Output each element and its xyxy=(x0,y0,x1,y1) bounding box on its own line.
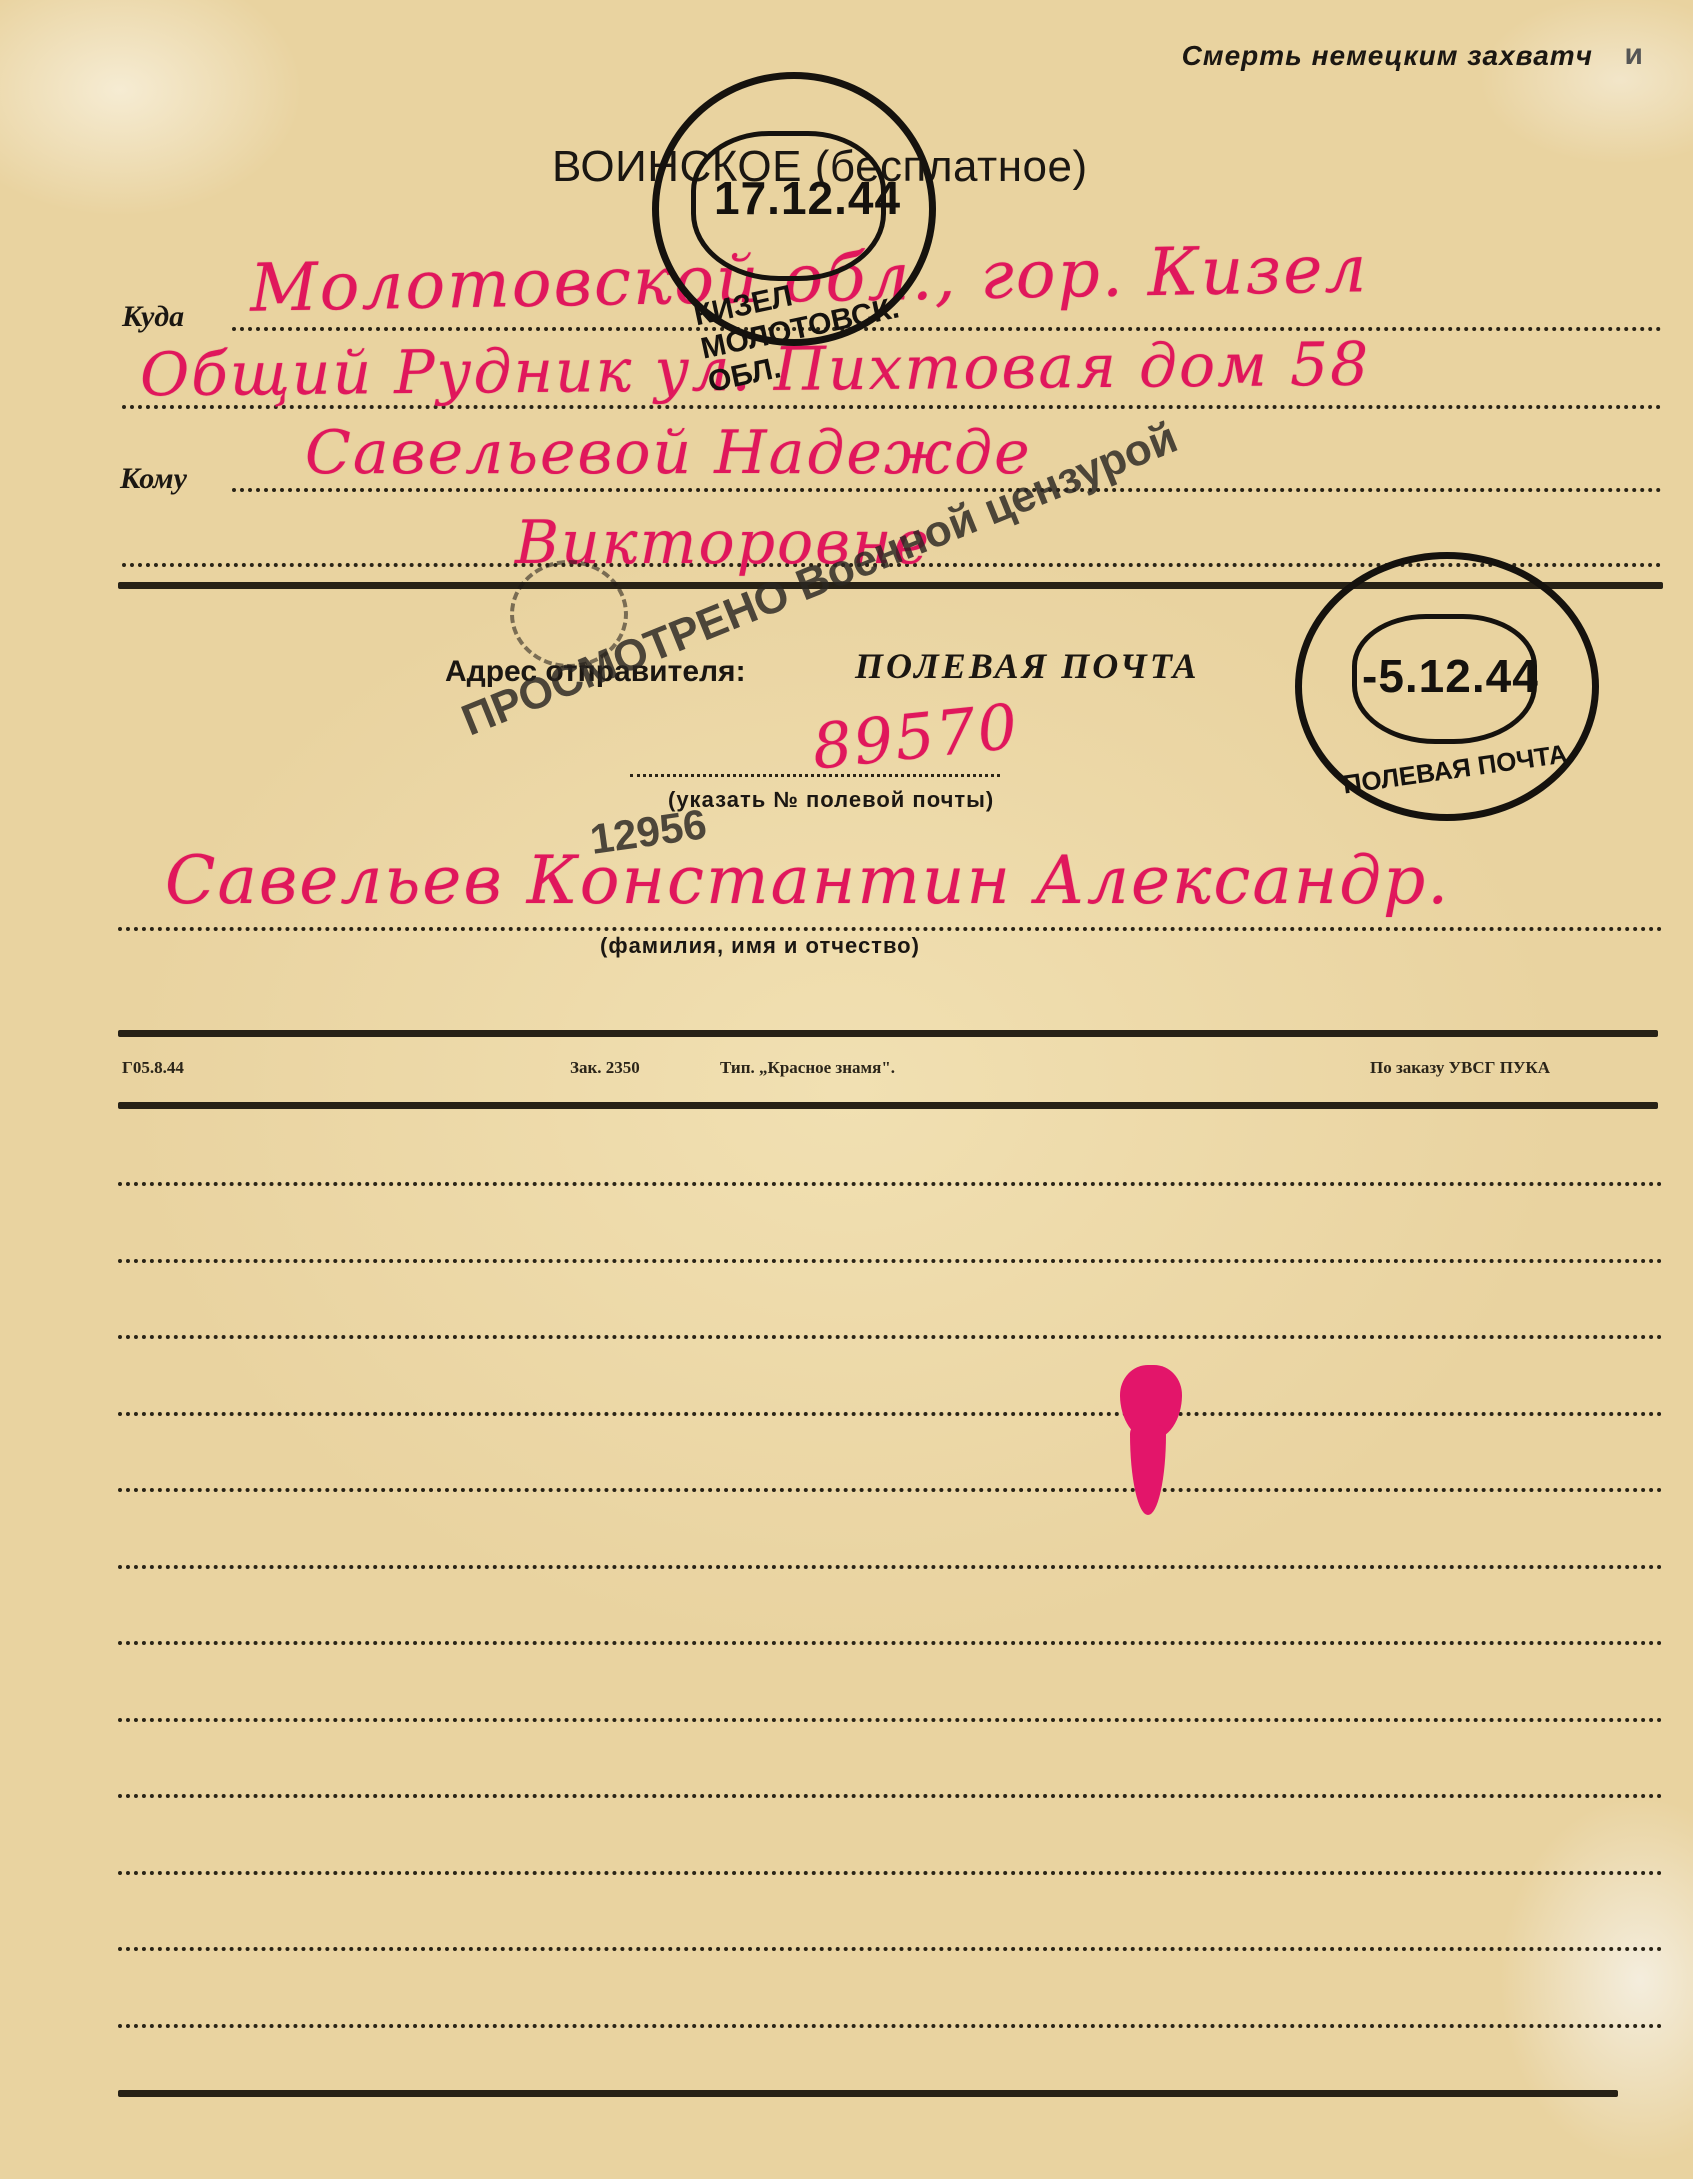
emblem-stamp xyxy=(510,560,628,668)
field-post-rule xyxy=(630,774,1000,777)
imprint-rule-bottom xyxy=(118,1102,1658,1109)
blank-line xyxy=(118,1182,1663,1186)
imprint-right: По заказу УВСГ ПУКА xyxy=(1370,1058,1550,1078)
blank-line xyxy=(118,1794,1663,1798)
imprint-rule-top xyxy=(118,1030,1658,1037)
blank-line xyxy=(118,1412,1663,1416)
slogan-tail: и xyxy=(1625,38,1643,72)
blank-line xyxy=(118,1565,1663,1569)
blank-line xyxy=(118,1871,1663,1875)
address-rule-1 xyxy=(232,327,1662,331)
blank-line xyxy=(118,1947,1663,1951)
bottom-rule xyxy=(118,2090,1618,2097)
imprint-left: Г05.8.44 xyxy=(122,1058,184,1078)
postmark-field-post-ring-text: ПОЛЕВАЯ ПОЧТА xyxy=(1341,738,1569,800)
postmark-destination-date: 17.12.44 xyxy=(714,171,901,225)
sender-name-rule xyxy=(118,927,1663,931)
postmark-field-post-date: -5.12.44 xyxy=(1362,649,1539,703)
handwritten-recipient-line-1: Савельевой Надежде xyxy=(305,418,1032,488)
postmark-field-post: -5.12.44 ПОЛЕВАЯ ПОЧТА xyxy=(1295,552,1599,821)
blank-line xyxy=(118,2024,1663,2028)
postmark-destination: 17.12.44 КИЗЕЛ МОЛОТОВСК. ОБЛ. xyxy=(652,72,936,346)
name-hint: (фамилия, имя и отчество) xyxy=(600,933,920,959)
handwritten-sender-name: Савельев Константин Александр. xyxy=(165,842,1450,919)
recipient-rule-1 xyxy=(232,488,1662,492)
blank-line xyxy=(118,1259,1663,1263)
imprint-press: Тип. „Красное знамя". xyxy=(720,1058,895,1078)
slogan: Смерть немецким захватч xyxy=(1182,40,1593,72)
blank-line xyxy=(118,1335,1663,1339)
blank-line xyxy=(118,1718,1663,1722)
field-post-hint: (указать № полевой почты) xyxy=(668,787,994,813)
field-post-label: ПОЛЕВАЯ ПОЧТА xyxy=(855,645,1200,687)
blank-line xyxy=(118,1641,1663,1645)
blank-line xyxy=(118,1488,1663,1492)
to-whom-label: Кому xyxy=(120,462,187,496)
to-label: Куда xyxy=(122,300,184,334)
imprint-order: Зак. 2350 xyxy=(570,1058,640,1078)
